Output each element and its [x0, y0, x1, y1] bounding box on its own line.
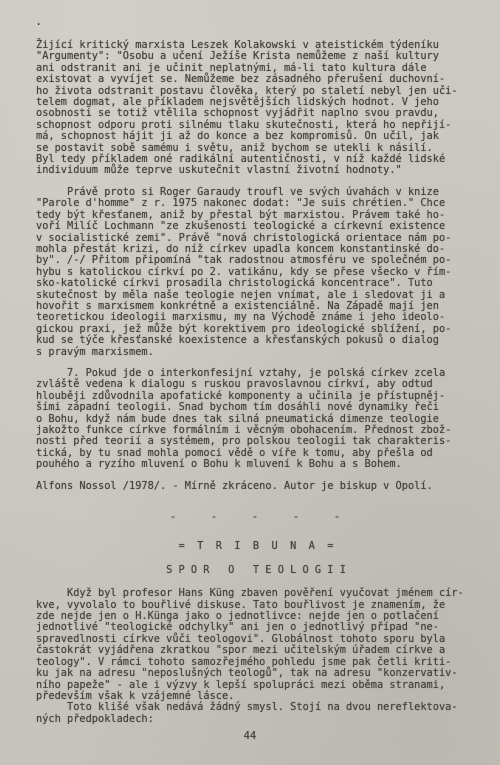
- paragraph-cliche: Toto klišé však nedává žádný smysl. Stoj…: [36, 702, 476, 725]
- paragraph-kolakowski: Žijící kritický marxista Leszek Kolakows…: [36, 40, 476, 177]
- article-title-spor-o-teologii: S P O R O T E O L O G I I: [36, 565, 476, 576]
- stray-ink-mark: .: [35, 18, 42, 24]
- paragraph-kung: Když byl profesor Hans Küng zbaven pověř…: [36, 588, 476, 702]
- text-column: Žijící kritický marxista Leszek Kolakows…: [36, 40, 476, 735]
- section-title-tribuna: = T R I B U N A =: [36, 541, 476, 552]
- page-number: 44: [0, 730, 500, 742]
- byline-nossol: Alfons Nossol /1978/. - Mírně zkráceno. …: [36, 481, 476, 492]
- dash-separator: - - - - -: [36, 512, 476, 523]
- scanned-typewritten-page: . Žijící kritický marxista Leszek Kolako…: [0, 0, 500, 765]
- paragraph-garaudy: Právě proto si Roger Garaudy troufl ve s…: [36, 187, 476, 358]
- paragraph-interconfessional: 7. Pokud jde o interkonfesijní vztahy, j…: [36, 368, 476, 471]
